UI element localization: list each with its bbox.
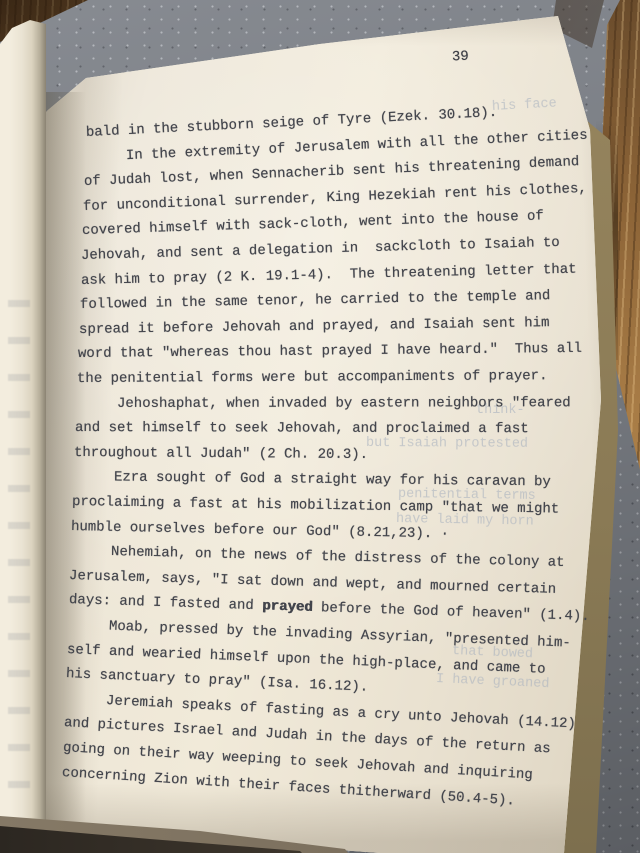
typewritten-line: Jehoshaphat, when invaded by eastern nei… <box>76 396 571 411</box>
bleed-through-fragment: but Isaiah protested <box>366 437 528 451</box>
photo-of-open-book: 39 his facethink-but Isaiah protestedpen… <box>0 0 640 853</box>
bleed-through-fragment: his face <box>492 98 557 115</box>
typewritten-line: throughout all Judah" (2 Ch. 20.3). <box>74 446 368 462</box>
overstruck-word: prayed <box>261 599 312 617</box>
typewritten-line: the penitential forms were but accompani… <box>77 369 548 386</box>
typewritten-line: and set himself to seek Jehovah, and pro… <box>75 421 529 436</box>
bleed-marks-on-page-edge <box>8 270 30 810</box>
page-number: 39 <box>452 49 469 66</box>
